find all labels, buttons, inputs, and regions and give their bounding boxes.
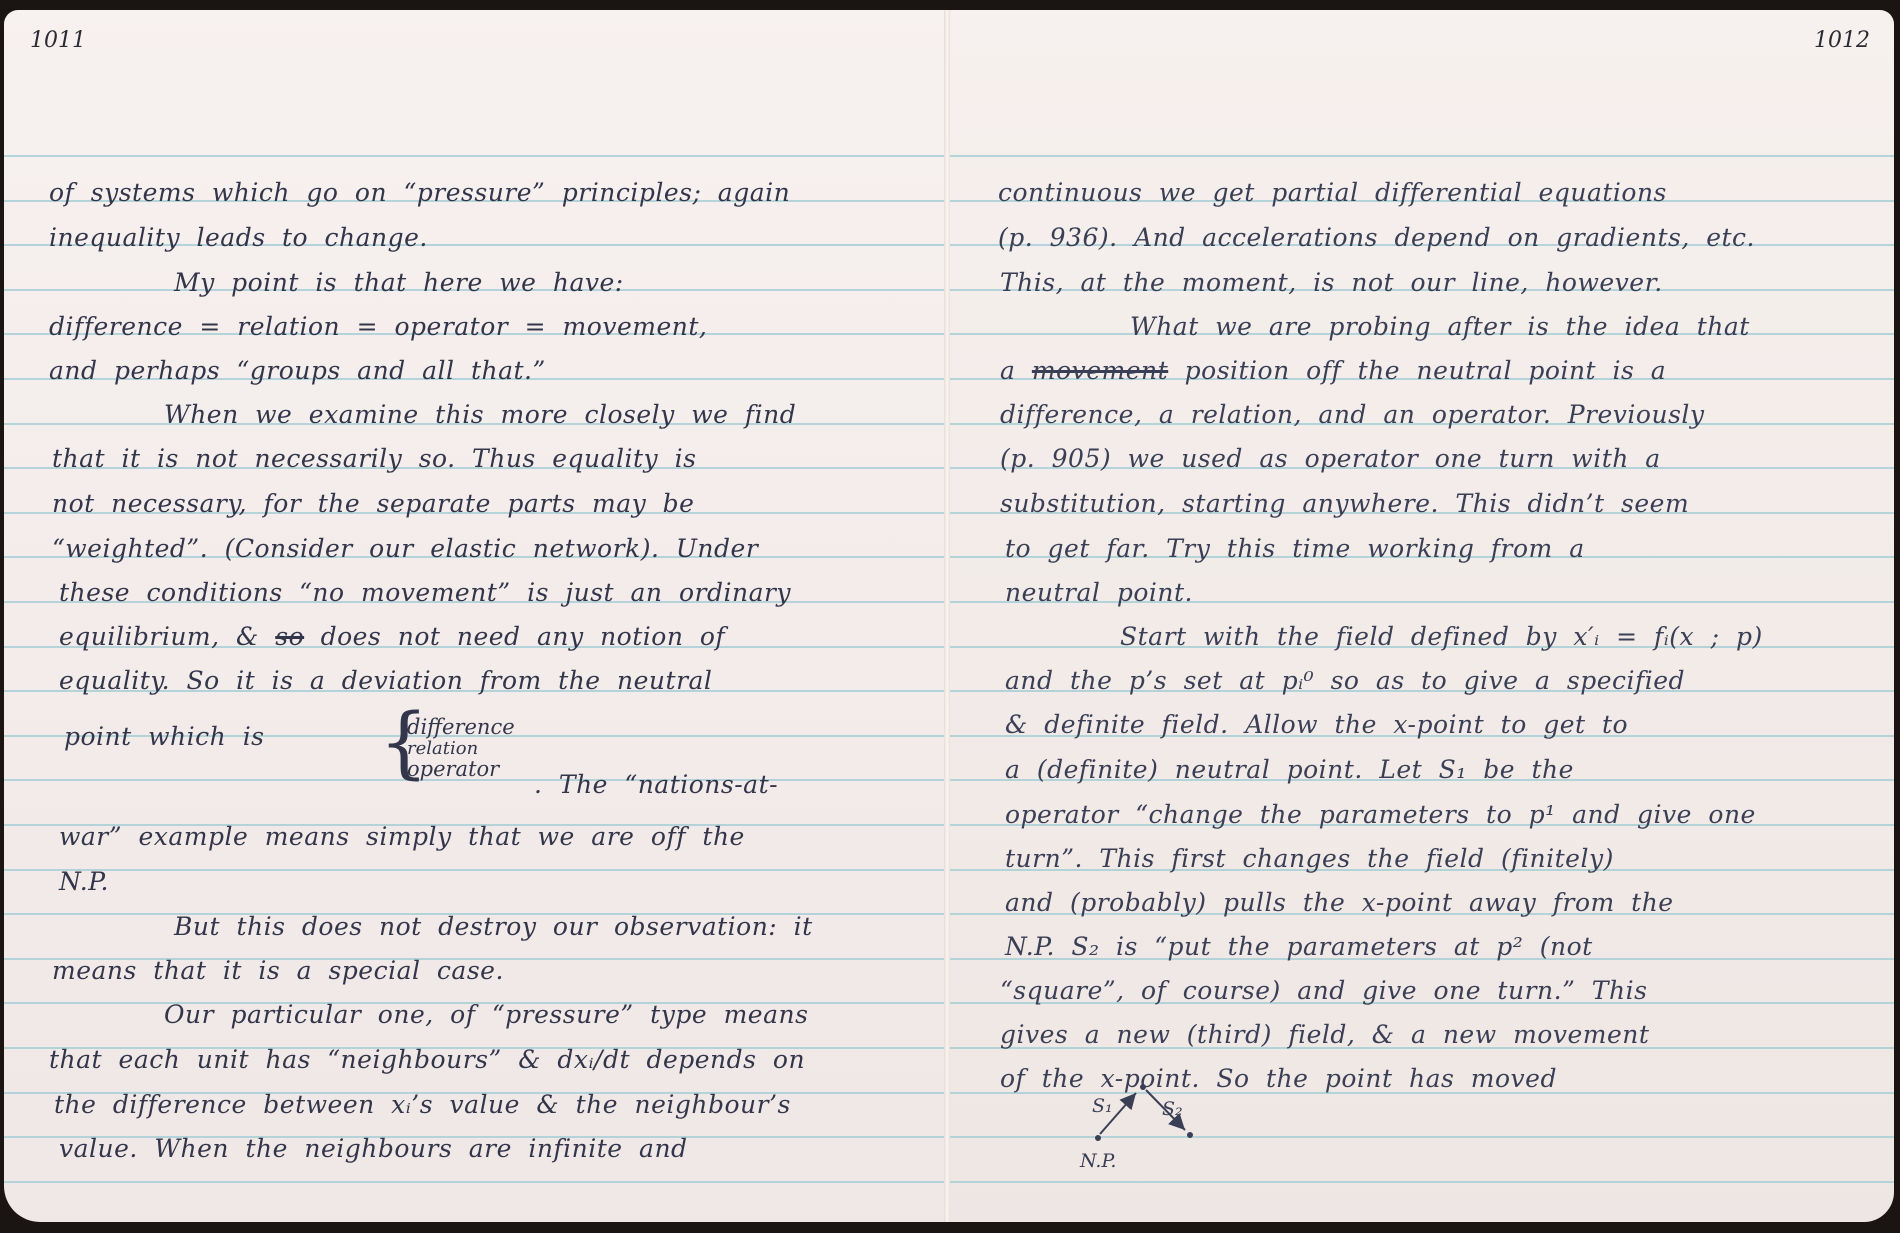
ruled-line [4,1181,948,1183]
text-line: difference = relation = operator = movem… [49,312,707,341]
text-line: value. When the neighbours are infinite … [59,1134,688,1163]
movement-diagram [950,10,1894,1222]
ruled-line [4,869,948,871]
text-line: “weighted”. (Consider our elastic networ… [52,534,758,563]
text-line: Our particular one, of “pressure” type m… [164,1000,808,1029]
text-line: point which is [64,722,265,751]
neutral-point-dot [1095,1135,1101,1141]
left-notebook-page: 1011 of systems which go on “pressure” p… [4,10,948,1222]
page-number-left: 1011 [30,28,86,53]
struck-word: so [275,622,304,651]
text-line: equality. So it is a deviation from the … [59,666,712,695]
brace-item: operator [407,758,499,780]
line-part: equilibrium, & [59,622,275,651]
text-line: . The “nations-at- [534,770,778,799]
text-line: means that it is a special case. [52,956,504,985]
text-line: equilibrium, & so does not need any noti… [59,622,725,651]
text-line: inequality leads to change. [49,223,428,252]
line-part: does not need any notion of [304,622,725,651]
text-line: these conditions “no movement” is just a… [59,578,791,607]
diagram-label-np: N.P. [1080,1150,1116,1172]
text-line: But this does not destroy our observatio… [174,912,813,941]
text-line: not necessary, for the separate parts ma… [52,489,694,518]
text-line: N.P. [59,867,109,896]
right-notebook-page: 1012 continuous we get partial different… [950,10,1894,1222]
middle-point-dot [1140,1084,1146,1090]
ruled-line [4,155,948,157]
text-line: My point is that here we have: [174,268,624,297]
text-line: the difference between xᵢ’s value & the … [54,1090,791,1119]
diagram-label-s2: S₂ [1162,1098,1183,1120]
text-line: that it is not necessarily so. Thus equa… [52,444,696,473]
text-line: that each unit has “neighbours” & dxᵢ/dt… [49,1045,805,1074]
text-line: and perhaps “groups and all that.” [49,356,546,385]
text-line: war” example means simply that we are of… [59,822,745,851]
text-line: When we examine this more closely we fin… [164,400,796,429]
brace-item: difference [407,716,515,738]
diagram-label-s1: S₁ [1092,1095,1113,1117]
end-point-dot [1187,1132,1193,1138]
text-line: of systems which go on “pressure” princi… [49,178,790,207]
